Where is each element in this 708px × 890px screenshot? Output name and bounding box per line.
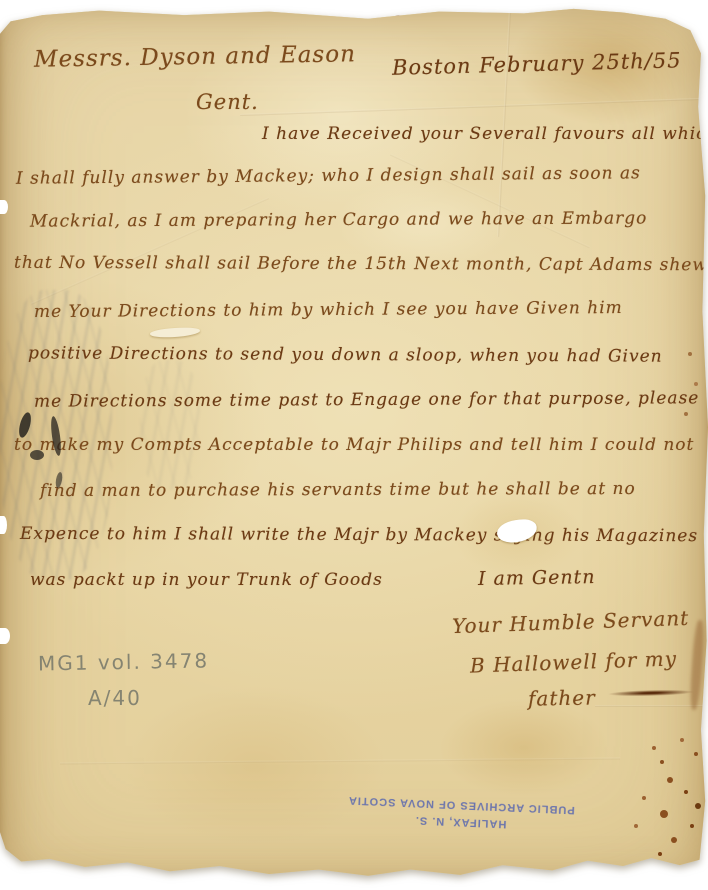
bleedthrough-smudge — [140, 360, 200, 490]
closing-line: Your Humble Servant — [452, 606, 690, 638]
pencil-reference: MG1 vol. 3478 — [38, 649, 209, 676]
salutation: Gent. — [196, 90, 259, 114]
body-line: to make my Compts Acceptable to Majr Phi… — [14, 435, 694, 455]
edge-stain-streak — [689, 620, 705, 710]
recipient-line: Messrs. Dyson and Eason — [34, 41, 356, 73]
valediction: I am Gentn — [478, 566, 596, 590]
foxing-specks — [660, 760, 664, 764]
pencil-reference: A/40 — [88, 686, 142, 710]
archive-stamp: PUBLIC ARCHIVES OF NOVA SCOTIA HALIFAX, … — [333, 790, 588, 835]
body-line: find a man to purchase his servants time… — [40, 479, 636, 501]
body-line: was packt up in your Trunk of Goods — [30, 570, 383, 590]
body-line: Mackrial, as I am preparing her Cargo an… — [30, 208, 647, 231]
foxing-specks — [688, 352, 692, 356]
body-line: me Directions some time past to Engage o… — [34, 388, 699, 411]
letter-paper: Messrs. Dyson and Eason Gent. Boston Feb… — [0, 0, 708, 890]
paper-tear — [150, 327, 200, 339]
body-line: me Your Directions to him by which I see… — [34, 298, 623, 322]
scan-background: Messrs. Dyson and Eason Gent. Boston Feb… — [0, 0, 708, 890]
body-line: I shall fully answer by Mackey; who I de… — [16, 163, 641, 188]
edge-notch — [0, 628, 10, 644]
crease-line — [240, 98, 700, 116]
edge-notch — [0, 200, 8, 214]
ink-blot — [388, 2, 406, 16]
signature-line: B Hallowell for my — [470, 646, 678, 677]
body-line: that No Vessell shall sail Before the 15… — [14, 253, 708, 275]
crease-line — [60, 758, 620, 765]
pen-dash — [608, 689, 694, 697]
body-line: positive Directions to send you down a s… — [28, 343, 663, 366]
dateline: Boston February 25th/55 — [392, 48, 682, 80]
signature-line: father — [528, 685, 596, 710]
ink-blot — [30, 450, 44, 460]
body-line: Expence to him I shall write the Majr by… — [20, 524, 698, 546]
body-line: I have Received your Severall favours al… — [262, 124, 708, 144]
edge-notch — [0, 516, 7, 534]
